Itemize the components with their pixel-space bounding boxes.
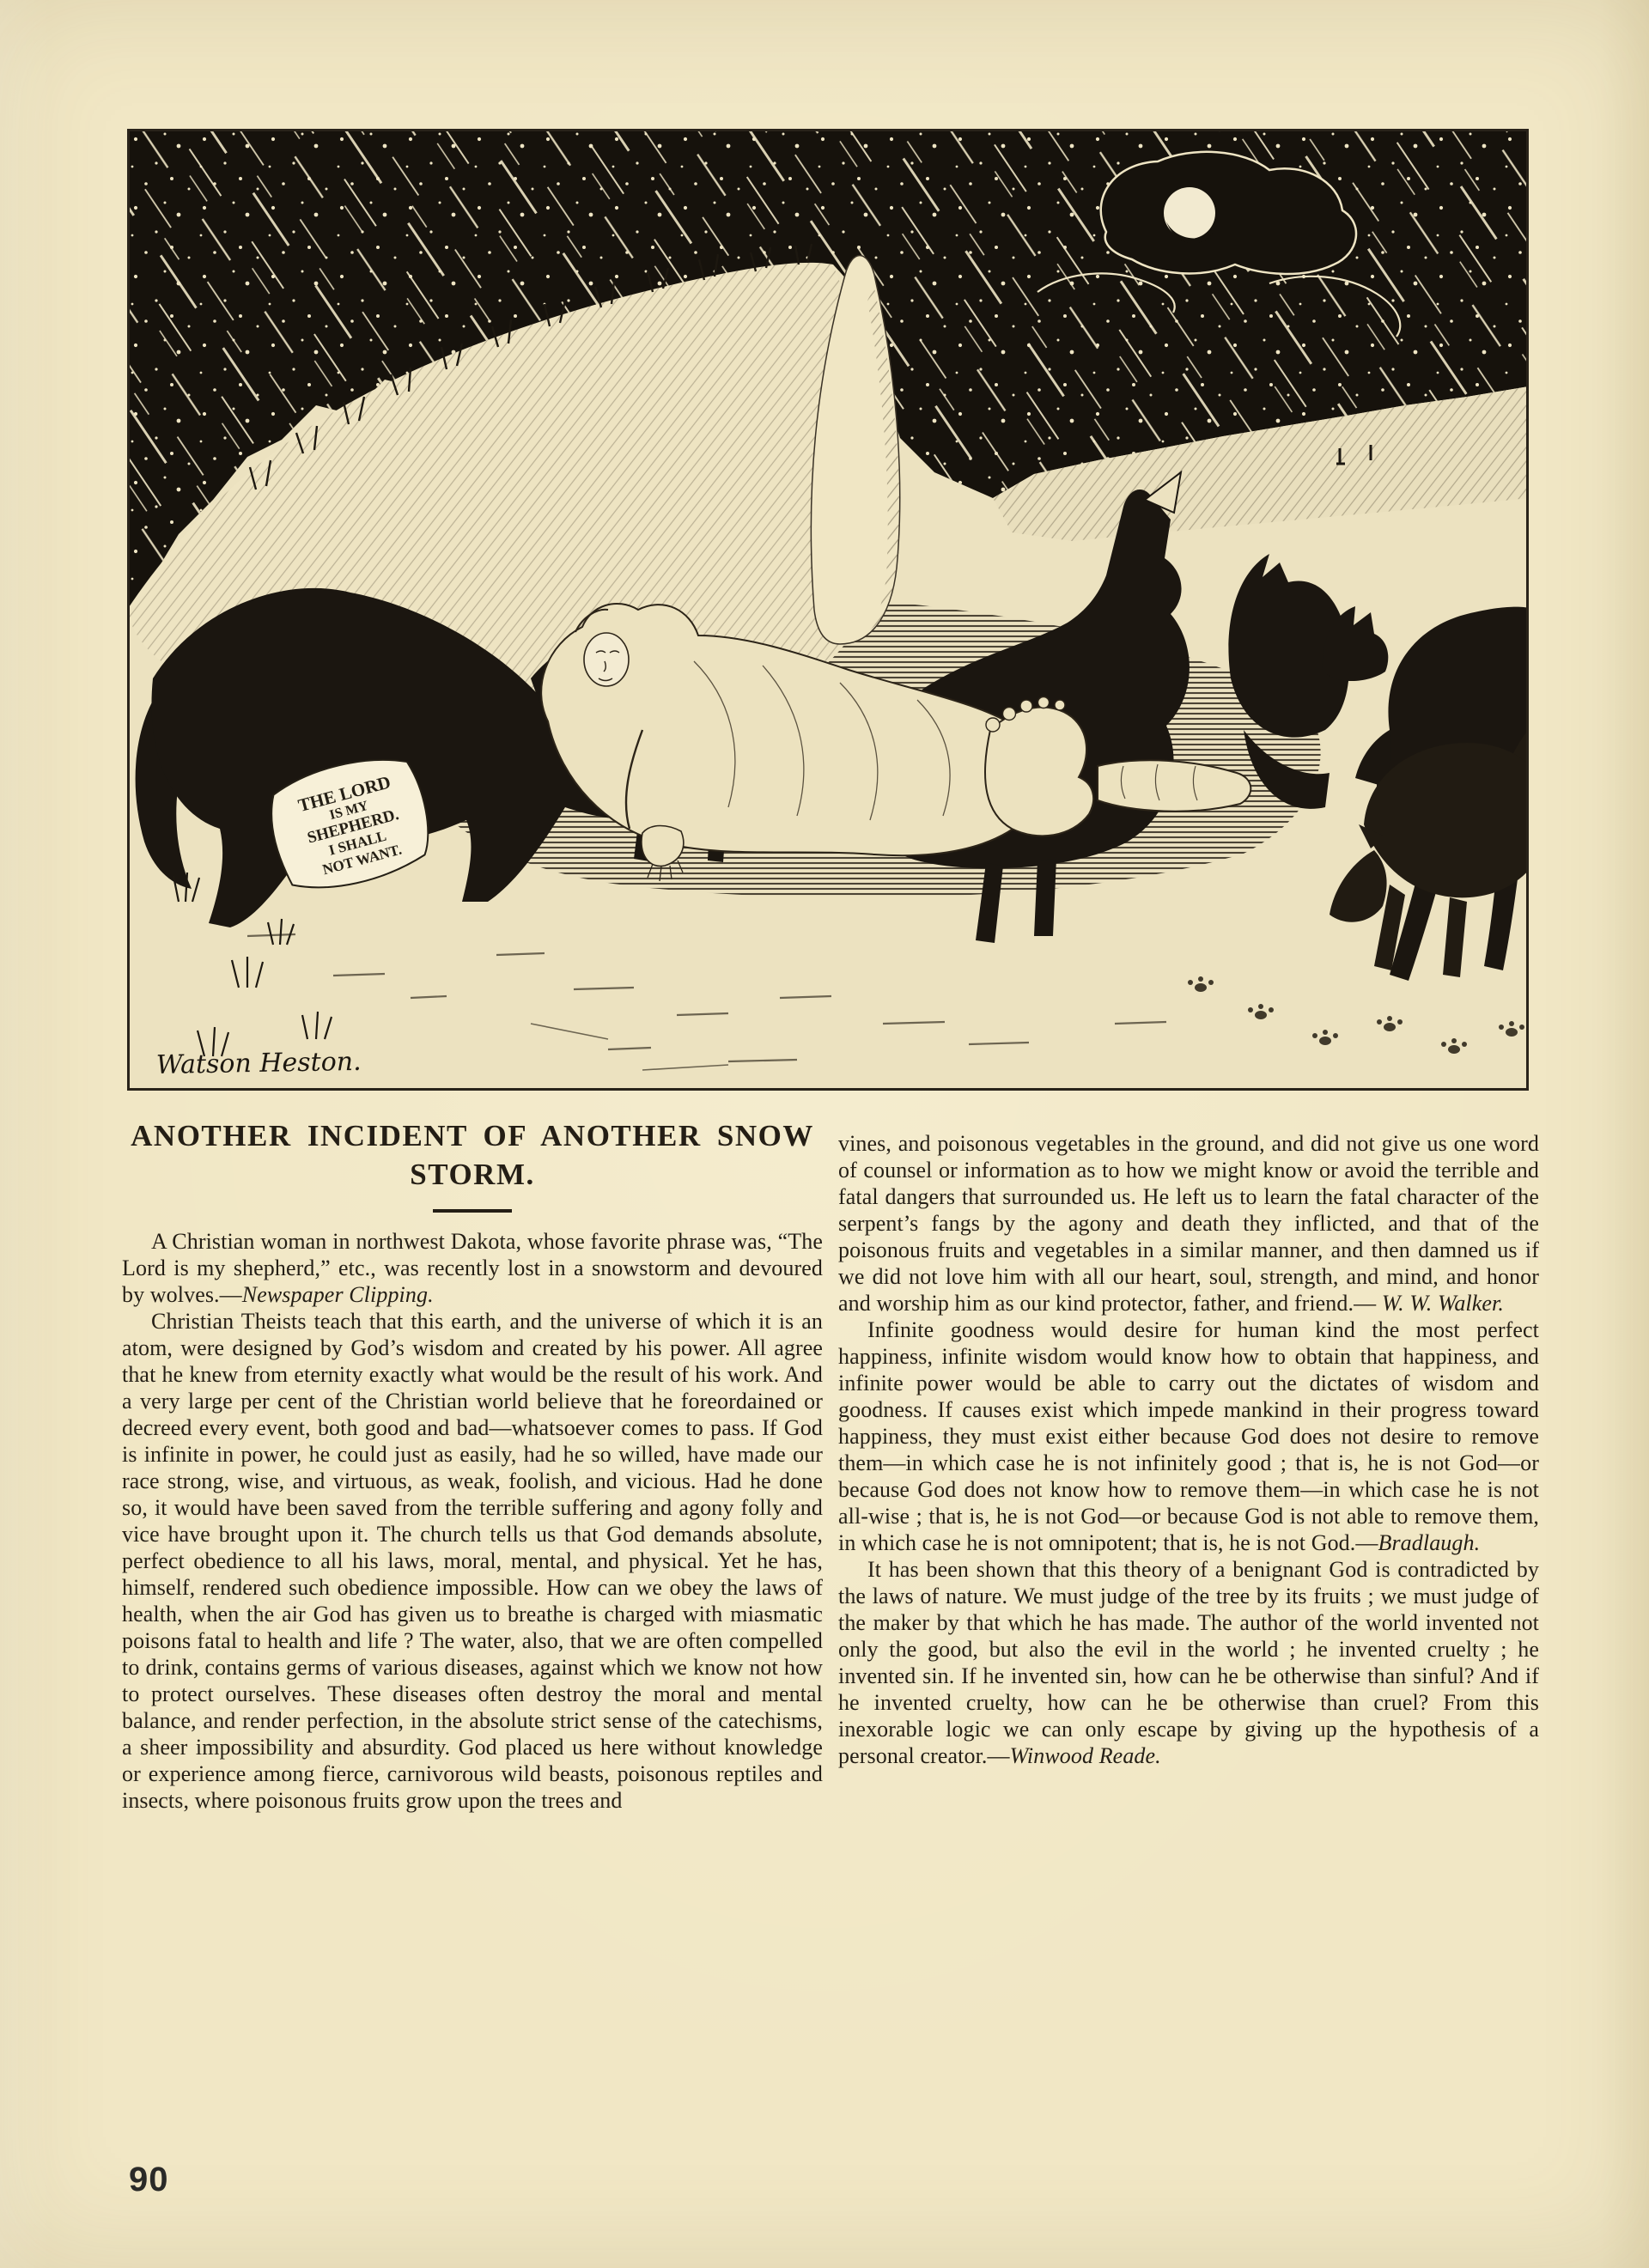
paragraph-continuation: vines, and poisonous vegetables in the g… xyxy=(838,1130,1539,1316)
paragraph-theists: Christian Theists teach that this earth,… xyxy=(122,1308,823,1814)
scanned-page: THE LORD IS MY SHEPHERD. I SHALL NOT WAN… xyxy=(0,0,1649,2268)
attribution: Bradlaugh. xyxy=(1378,1530,1480,1555)
cartoon-illustration: THE LORD IS MY SHEPHERD. I SHALL NOT WAN… xyxy=(127,129,1529,1091)
engraving-svg: THE LORD IS MY SHEPHERD. I SHALL NOT WAN… xyxy=(127,129,1529,1091)
article-header: ANOTHER INCIDENT OF ANOTHER SNOW STORM. xyxy=(122,1116,823,1194)
bare-foot xyxy=(985,708,1093,836)
paragraph-text: Infinite goodness would desire for human… xyxy=(838,1317,1539,1555)
column-left: A Christian woman in northwest Dakota, w… xyxy=(122,1228,823,1814)
page-number: 90 xyxy=(129,2161,169,2199)
attribution: W. W. Walker. xyxy=(1382,1291,1504,1316)
paragraph-text: A Christian woman in northwest Dakota, w… xyxy=(122,1229,823,1307)
paragraph-reade: It has been shown that this theory of a … xyxy=(838,1556,1539,1769)
paragraph-bradlaugh: Infinite goodness would desire for human… xyxy=(838,1316,1539,1556)
paragraph-text: Christian Theists teach that this earth,… xyxy=(122,1309,823,1813)
heading-divider xyxy=(433,1209,512,1213)
paragraph-text: vines, and poisonous vegetables in the g… xyxy=(838,1131,1539,1316)
attribution: Newspaper Clipping. xyxy=(242,1282,434,1307)
paragraph-text: It has been shown that this theory of a … xyxy=(838,1557,1539,1768)
article-title: ANOTHER INCIDENT OF ANOTHER SNOW STORM. xyxy=(122,1116,823,1194)
paragraph-clipping: A Christian woman in northwest Dakota, w… xyxy=(122,1228,823,1308)
artist-signature: Watson Heston. xyxy=(156,1047,362,1080)
face xyxy=(584,633,629,686)
attribution: Winwood Reade. xyxy=(1010,1743,1161,1768)
column-right: vines, and poisonous vegetables in the g… xyxy=(838,1130,1539,1769)
